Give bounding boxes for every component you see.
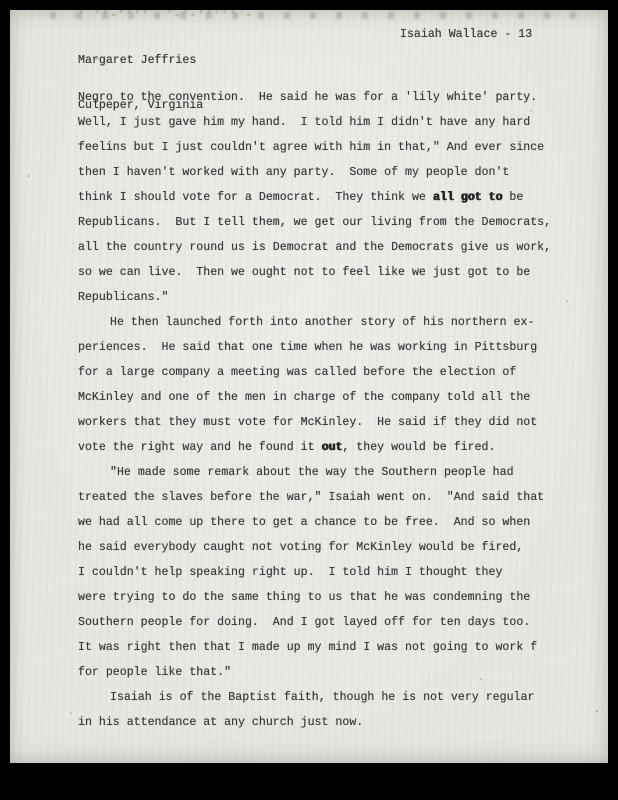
body-line: vote the right way and he found it out, … — [78, 435, 578, 460]
body-line: He then launched forth into another stor… — [78, 310, 578, 335]
document-page: ' ''-'''' '-'-''''' - Margaret Jeffries … — [10, 10, 608, 763]
body-line: for a large company a meeting was called… — [78, 360, 578, 385]
typed-text: Well, I just gave him my hand. I told hi… — [78, 116, 530, 129]
typed-text: McKinley and one of the men in charge of… — [78, 391, 530, 404]
body-line: were trying to do the same thing to us t… — [78, 585, 578, 610]
typed-text: I couldn't help speaking right up. I tol… — [78, 566, 502, 579]
overstruck-text: out — [322, 441, 343, 454]
body-line: Negro to the convention. He said he was … — [78, 85, 578, 110]
typed-text: be — [502, 191, 523, 204]
body-line: It was right then that I made up my mind… — [78, 635, 578, 660]
body-line: Republicans." — [78, 285, 578, 310]
body-line: Well, I just gave him my hand. I told hi… — [78, 110, 578, 135]
typed-text: Isaiah is of the Baptist faith, though h… — [110, 691, 534, 704]
body-line: "He made some remark about the way the S… — [78, 460, 578, 485]
scan-noise — [10, 10, 12, 12]
typed-text: then I haven't worked with any party. So… — [78, 166, 509, 179]
header-author-name: Margaret Jeffries — [78, 53, 203, 68]
typed-text: for a large company a meeting was called… — [78, 366, 516, 379]
body-line: workers that they must vote for McKinley… — [78, 410, 578, 435]
typed-text: , they would be fired. — [342, 441, 495, 454]
body-line: Isaiah is of the Baptist faith, though h… — [78, 685, 578, 710]
typed-text: "He made some remark about the way the S… — [110, 466, 514, 479]
typed-text: we had all come up there to get a chance… — [78, 516, 530, 529]
header-subject-page-number: Isaiah Wallace - 13 — [400, 27, 532, 42]
typed-text: for people like that." — [78, 666, 231, 679]
typed-text: all the country round us is Democrat and… — [78, 241, 551, 254]
body-line: Republicans. But I tell them, we get our… — [78, 210, 578, 235]
body-line: so we can live. Then we ought not to fee… — [78, 260, 578, 285]
body-line: treated the slaves before the war," Isai… — [78, 485, 578, 510]
typed-text: treated the slaves before the war," Isai… — [78, 491, 544, 504]
typed-text: Republicans. But I tell them, we get our… — [78, 216, 551, 229]
typed-text: were trying to do the same thing to us t… — [78, 591, 530, 604]
body-line: Southern people for doing. And I got lay… — [78, 610, 578, 635]
typed-text: Negro to the convention. He said he was … — [78, 91, 537, 104]
overstruck-text: all got to — [433, 191, 503, 204]
typed-text: think I should vote for a Democrat. They… — [78, 191, 433, 204]
scanned-document: ' ''-'''' '-'-''''' - Margaret Jeffries … — [0, 0, 618, 800]
typed-text: Republicans." — [78, 291, 168, 304]
body-line: he said everybody caught not voting for … — [78, 535, 578, 560]
body-line: we had all come up there to get a chance… — [78, 510, 578, 535]
faded-header-line: ' ''-'''' '-'-''''' - — [78, 10, 298, 22]
typed-text: he said everybody caught not voting for … — [78, 541, 523, 554]
typed-text: It was right then that I made up my mind… — [78, 641, 537, 654]
typed-text: He then launched forth into another stor… — [110, 316, 534, 329]
body-line: think I should vote for a Democrat. They… — [78, 185, 578, 210]
body-line: I couldn't help speaking right up. I tol… — [78, 560, 578, 585]
body-line: in his attendance at any church just now… — [78, 710, 578, 735]
typed-text: feelins but I just couldn't agree with h… — [78, 141, 544, 154]
body-line: then I haven't worked with any party. So… — [78, 160, 578, 185]
typed-text: Southern people for doing. And I got lay… — [78, 616, 530, 629]
body-text: Negro to the convention. He said he was … — [78, 85, 578, 735]
body-line: all the country round us is Democrat and… — [78, 235, 578, 260]
typed-text: vote the right way and he found it — [78, 441, 322, 454]
typed-text: periences. He said that one time when he… — [78, 341, 537, 354]
body-line: for people like that." — [78, 660, 578, 685]
body-line: periences. He said that one time when he… — [78, 335, 578, 360]
typed-text: workers that they must vote for McKinley… — [78, 416, 537, 429]
typed-text: so we can live. Then we ought not to fee… — [78, 266, 530, 279]
body-line: feelins but I just couldn't agree with h… — [78, 135, 578, 160]
typed-text: in his attendance at any church just now… — [78, 716, 363, 729]
body-line: McKinley and one of the men in charge of… — [78, 385, 578, 410]
